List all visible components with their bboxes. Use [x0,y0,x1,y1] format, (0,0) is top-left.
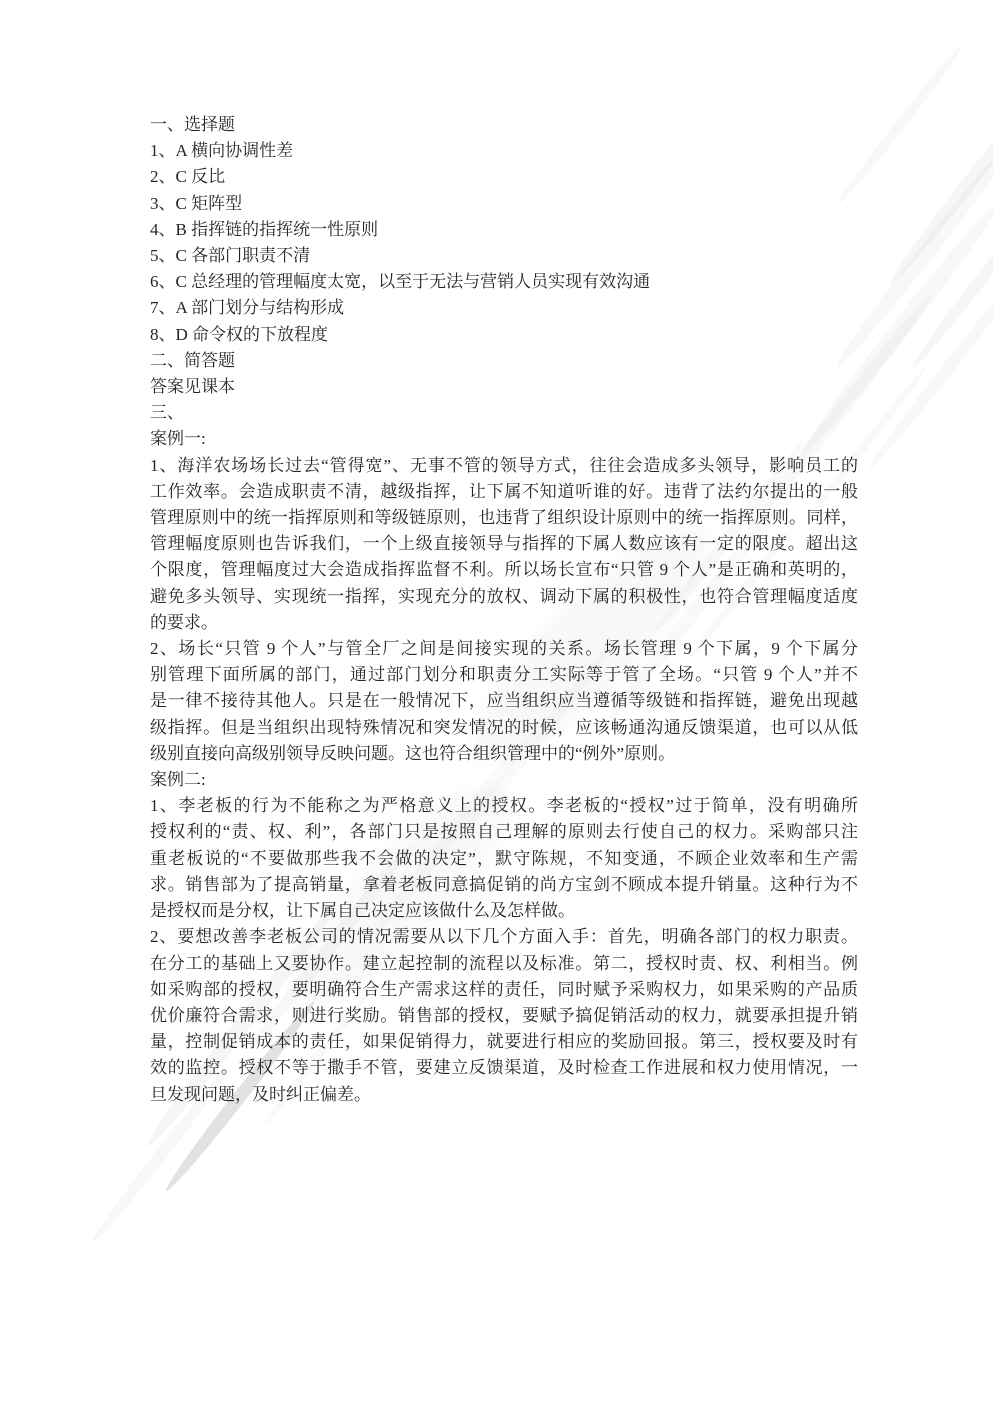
section3-heading: 三、 [150,400,858,426]
choice-answer-1: 1、A 横向协调性差 [150,138,858,164]
document-content: 一、选择题 1、A 横向协调性差 2、C 反比 3、C 矩阵型 4、B 指挥链的… [150,112,858,1108]
case2-para2-line: 2、要想改善李老板公司的情况需要从以下几个方面入手：首先，明确各部门的权力职责。 [150,924,858,950]
watermark-streak [884,75,993,289]
case2-para1-line: 求。销售部为了提高销量，拿着老板同意搞促销的尚方宝剑不顾成本提升销量。这种行为不 [150,872,858,898]
case2-para2-line: 在分工的基础上又要协作。建立起控制的流程以及标准。第二，授权时责、权、利相当。例 [150,951,858,977]
section2-heading: 二、简答题 [150,348,858,374]
document-page: 一、选择题 1、A 横向协调性差 2、C 反比 3、C 矩阵型 4、B 指挥链的… [0,0,993,1404]
case1-para1-line: 工作效率。会造成职责不清，越级指挥，让下属不知道听谁的好。违背了法约尔提出的一般 [150,479,858,505]
case1-para2-line: 是一律不接待其他人。只是在一般情况下，应当组织应当遵循等级链和指挥链，避免出现越 [150,688,858,714]
case2-para1-line: 授权利的“责、权、利”，各部门只是按照自己理解的原则去行使自己的权力。采购部只注 [150,819,858,845]
case2-para1-line: 重老板说的“不要做那些我不会做的决定”，默守陈规，不知变通，不顾企业效率和生产需 [150,846,858,872]
case1-para2-line: 级别直接向高级别领导反映问题。这也符合组织管理中的“例外”原则。 [150,741,858,767]
choice-answer-7: 7、A 部门划分与结构形成 [150,295,858,321]
choice-answer-3: 3、C 矩阵型 [150,191,858,217]
case2-para2-line: 如采购部的授权，要明确符合生产需求这样的责任，同时赋予采购权力，如果采购的产品质 [150,977,858,1003]
case1-para2-line: 2、场长“只管 9 个人”与管全厂之间是间接实现的关系。场长管理 9 个下属，9… [150,636,858,662]
case1-para2-line: 级指挥。但是当组织出现特殊情况和突发情况的时候，应该畅通沟通反馈渠道，也可以从低 [150,715,858,741]
case1-para1-line: 的要求。 [150,610,858,636]
choice-answer-6: 6、C 总经理的管理幅度太宽，以至于无法与营销人员实现有效沟通 [150,269,858,295]
choice-answer-8: 8、D 命令权的下放程度 [150,322,858,348]
case2-label: 案例二: [150,767,858,793]
case1-para1-line: 管理幅度原则也告诉我们，一个上级直接领导与指挥的下属人数应该有一定的限度。超出这 [150,531,858,557]
choice-answer-2: 2、C 反比 [150,164,858,190]
case2-para2-line: 量，控制促销成本的责任，如果促销得力，就要进行相应的奖励回报。第三，授权要及时有 [150,1029,858,1055]
case2-para1-line: 是授权而是分权，让下属自己决定应该做什么及怎样做。 [150,898,858,924]
short-answer-note: 答案见课本 [150,374,858,400]
case2-para1-line: 1、李老板的行为不能称之为严格意义上的授权。李老板的“授权”过于简单，没有明确所 [150,793,858,819]
choice-answer-5: 5、C 各部门职责不清 [150,243,858,269]
watermark-streak [908,191,993,372]
section1-heading: 一、选择题 [150,112,858,138]
watermark-streak [865,260,993,472]
case1-label: 案例一: [150,426,858,452]
case1-para1-line: 个限度，管理幅度过大会造成指挥监督不利。所以场长宣布“只管 9 个人”是正确和英… [150,557,858,583]
case1-para1-line: 1、海洋农场场长过去“管得宽”、无事不管的领导方式，往往会造成多头领导，影响员工… [150,453,858,479]
case2-para2-line: 效的监控。授权不等于撒手不管，要建立反馈渠道，及时检查工作进展和权力使用情况，一 [150,1055,858,1081]
case1-para1-line: 避免多头领导、实现统一指挥，实现充分的放权、调动下属的积极性，也符合管理幅度适度 [150,584,858,610]
case2-para2-line: 优价廉符合需求，则进行奖励。销售部的授权，要赋予搞促销活动的权力，就要承担提升销 [150,1003,858,1029]
case1-para1-line: 管理原则中的统一指挥原则和等级链原则，也违背了组织设计原则中的统一指挥原则。同样… [150,505,858,531]
case2-para2-line: 旦发现问题，及时纠正偏差。 [150,1082,858,1108]
case1-para2-line: 别管理下面所属的部门，通过部门划分和职责分工实际等于管了全场。“只管 9 个人”… [150,662,858,688]
choice-answer-4: 4、B 指挥链的指挥统一性原则 [150,217,858,243]
